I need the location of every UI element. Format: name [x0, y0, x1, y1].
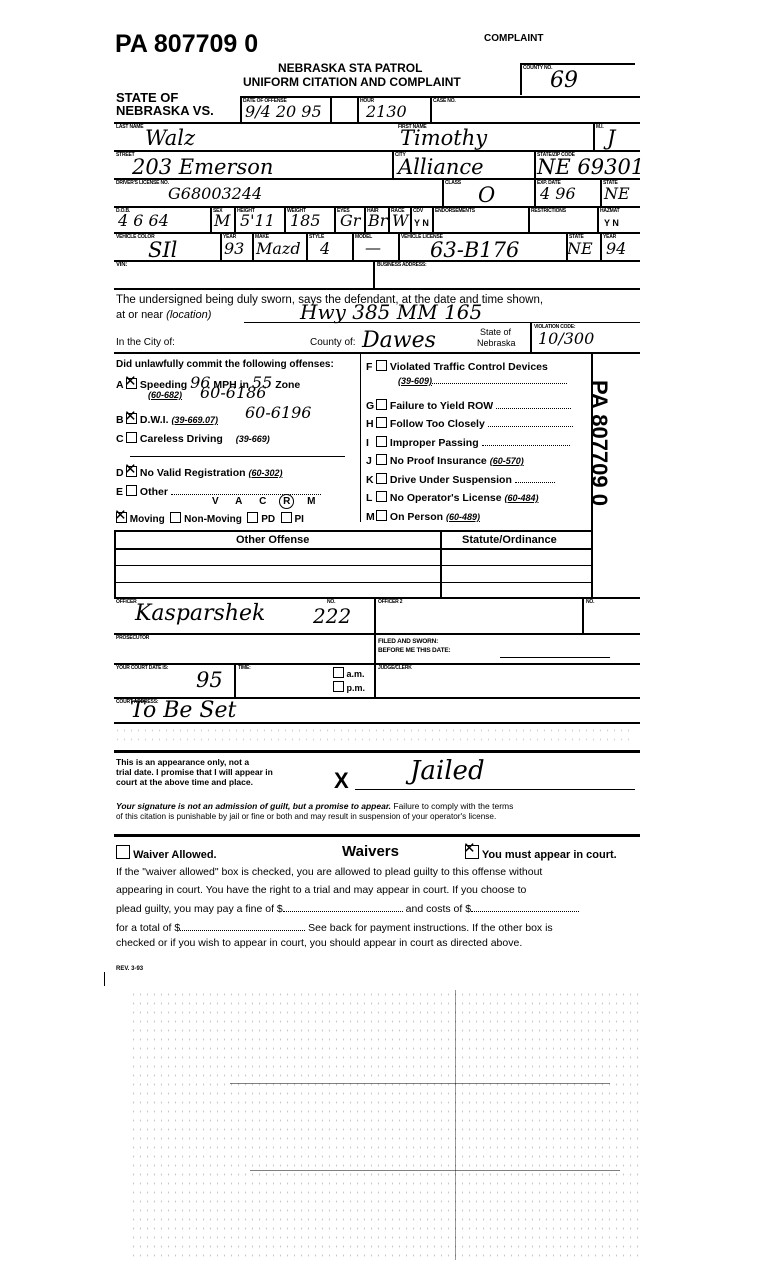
offense-g-checkbox[interactable] — [376, 399, 387, 410]
offense-j-checkbox[interactable] — [376, 454, 387, 465]
vacrm-m[interactable]: M — [307, 496, 315, 507]
offense-j-label: No Proof Insurance — [390, 455, 487, 467]
pd-checkbox[interactable] — [247, 512, 258, 523]
offense-f-letter: F — [366, 361, 376, 373]
exp-date-value[interactable]: 4 96 — [540, 186, 576, 202]
vehicle-license-value[interactable]: 63-B176 — [430, 240, 519, 261]
offense-l-label: No Operator's License — [390, 492, 502, 504]
vacrm-row: V A C R M — [212, 496, 315, 507]
offense-d-statute: (60-302) — [248, 468, 282, 478]
moving-checkbox[interactable] — [116, 512, 127, 523]
offense-c-label: Careless Driving — [140, 433, 223, 445]
offenses-heading: Did unlawfully commit the following offe… — [116, 359, 334, 370]
offense-j-statute: (60-570) — [490, 456, 524, 466]
appearance-line3: court at the above time and place. — [116, 777, 253, 787]
pm-checkbox[interactable] — [333, 681, 344, 692]
city-of-label: In the City of: — [116, 337, 175, 348]
filed-sworn-line2: BEFORE ME THIS DATE: — [378, 647, 450, 654]
dob-value[interactable]: 4 6 64 — [118, 213, 169, 229]
side-citation-number: PA 807709 0 — [586, 380, 612, 506]
waiver-para-line1: If the "waiver allowed" box is checked, … — [116, 866, 542, 878]
statute-header: Statute/Ordinance — [462, 534, 557, 546]
weight-value[interactable]: 185 — [290, 213, 321, 229]
offense-d[interactable]: D No Valid Registration (60-302) — [116, 466, 282, 479]
vehicle-color-value[interactable]: SIl — [148, 240, 177, 261]
offense-b-label: D.W.I. — [140, 414, 169, 426]
case-no-label: CASE NO. — [433, 98, 456, 104]
signature-x-mark: X — [334, 768, 349, 794]
offense-f-statute-text: (39-609) — [398, 376, 432, 386]
offense-m-letter: M — [366, 511, 376, 523]
offense-f-checkbox[interactable] — [376, 360, 387, 371]
waiver-allowed-checkbox[interactable] — [116, 845, 130, 859]
offense-k-label: Drive Under Suspension — [390, 474, 512, 486]
street-value[interactable]: 203 Emerson — [132, 157, 273, 178]
offense-category-row: Moving Non-Moving PD PI — [116, 512, 304, 525]
offense-c-checkbox[interactable] — [126, 432, 137, 443]
hour-value[interactable]: 2130 — [366, 104, 407, 120]
vacrm-r-circled[interactable]: R — [279, 494, 294, 509]
sex-value[interactable]: M — [214, 213, 230, 229]
offense-k-checkbox[interactable] — [376, 473, 387, 484]
notice-rest: Failure to comply with the terms — [391, 801, 513, 811]
date-of-offense-value[interactable]: 9/4 20 95 — [245, 104, 322, 120]
offense-b-checkbox[interactable] — [126, 413, 137, 424]
am-label: a.m. — [347, 669, 365, 679]
agency-line-1: NEBRASKA STA PATROL — [278, 61, 422, 75]
notice-line2: of this citation is punishable by jail o… — [116, 812, 496, 821]
offense-j-letter: J — [366, 455, 376, 467]
license-value[interactable]: G68003244 — [168, 186, 262, 202]
offense-m-statute: (60-489) — [446, 512, 480, 522]
waiver-allowed-label: Waiver Allowed. — [133, 849, 217, 861]
nebraska-label: Nebraska — [477, 338, 516, 348]
total-amount-field[interactable] — [180, 930, 305, 931]
waiver-allowed-option[interactable]: Waiver Allowed. — [116, 845, 217, 861]
offense-i-checkbox[interactable] — [376, 436, 387, 447]
vehicle-state-value[interactable]: NE — [567, 241, 593, 257]
mi-value[interactable]: J — [607, 128, 615, 149]
vehicle-year-value[interactable]: 93 — [224, 241, 244, 257]
state-of-label: State of — [480, 327, 511, 337]
appearance-line1: This is an appearance only, not a — [116, 757, 249, 767]
class-value[interactable]: O — [478, 185, 495, 206]
at-or-near-text: at or near — [116, 309, 163, 321]
offense-i-label: Improper Passing — [390, 437, 479, 449]
other-offense-header: Other Offense — [236, 534, 309, 546]
judge-clerk-label: JUDGE/CLERK — [378, 665, 412, 671]
am-checkbox[interactable] — [333, 667, 344, 678]
must-appear-option[interactable]: You must appear in court. — [465, 845, 617, 861]
waiver-para-line2: appearing in court. You have the right t… — [116, 884, 526, 896]
offense-e-label: Other — [140, 486, 168, 498]
offense-h-checkbox[interactable] — [376, 417, 387, 428]
county-no-value[interactable]: 69 — [550, 70, 578, 92]
pm-option[interactable]: p.m. — [333, 681, 365, 693]
offense-m-checkbox[interactable] — [376, 510, 387, 521]
revision-label: REV. 3-93 — [116, 966, 143, 972]
county-of-label: County of: — [310, 337, 356, 348]
waiver-para-line5: checked or if you wish to appear in cour… — [116, 937, 522, 949]
officer-label: OFFICER — [116, 599, 137, 605]
offense-a-zone-label: Zone — [275, 379, 300, 391]
pi-label: PI — [294, 514, 303, 525]
vehicle-model-value[interactable]: — — [365, 240, 381, 256]
offense-c-letter: C — [116, 433, 126, 445]
pm-label: p.m. — [347, 683, 366, 693]
offense-k-letter: K — [366, 474, 376, 486]
court-date-label: YOUR COURT DATE IS: — [116, 665, 168, 671]
offense-l-letter: L — [366, 492, 376, 504]
vin-label: VIN: — [116, 262, 127, 268]
officer2-label: OFFICER 2 — [378, 599, 402, 605]
state-zip-value[interactable]: NE 69301 — [537, 157, 644, 178]
hair-value[interactable]: Br — [368, 213, 387, 229]
offense-g[interactable]: G Failure to Yield ROW — [366, 399, 571, 412]
offense-a-statute: (60-682) — [148, 390, 182, 400]
offense-f[interactable]: F Violated Traffic Control Devices — [366, 360, 548, 373]
violation-code-value[interactable]: 10/300 — [538, 331, 594, 347]
officer-no[interactable]: 222 — [313, 606, 351, 626]
location-value[interactable]: Hwy 385 MM 165 — [300, 302, 482, 322]
offense-i-letter: I — [366, 437, 376, 449]
endorsements-label: ENDORSEMENTS — [435, 208, 475, 214]
citation-number: PA 807709 0 — [115, 30, 258, 59]
moving-label: Moving — [130, 514, 165, 525]
location-label: (location) — [166, 309, 211, 321]
license-label: DRIVER'S LICENSE NO. — [116, 180, 169, 186]
fine-label: plead guilty, you may pay a fine of $ — [116, 903, 283, 915]
offense-h-letter: H — [366, 418, 376, 430]
offense-m-label: On Person — [390, 511, 443, 523]
class-label: CLASS — [445, 180, 461, 186]
filed-sworn-line1: FILED AND SWORN: — [378, 638, 438, 645]
complaint-label: COMPLAINT — [484, 33, 543, 44]
offense-c[interactable]: C Careless Driving (39-669) — [116, 432, 270, 445]
defendant-signature[interactable]: Jailed — [410, 758, 485, 784]
non-moving-checkbox[interactable] — [170, 512, 181, 523]
offense-l[interactable]: L No Operator's License (60-484) — [366, 491, 539, 504]
waivers-heading: Waivers — [342, 843, 399, 860]
last-name-label: LAST NAME — [116, 124, 143, 130]
offense-f-statute: (39-609) — [398, 376, 567, 386]
offense-m[interactable]: M On Person (60-489) — [366, 510, 480, 523]
waiver-para-line3: plead guilty, you may pay a fine of $ an… — [116, 903, 579, 915]
race-value[interactable]: W — [392, 213, 408, 229]
offense-g-letter: G — [366, 400, 376, 412]
hazmat-label: HAZMAT — [600, 208, 620, 214]
offense-a-checkbox[interactable] — [126, 378, 137, 389]
offense-a-statute-text: (60-682) — [148, 390, 182, 400]
time-label: TIME: — [238, 665, 251, 671]
am-option[interactable]: a.m. — [333, 667, 365, 679]
agency-line-2: UNIFORM CITATION AND COMPLAINT — [243, 75, 461, 89]
first-name-value[interactable]: Timothy — [400, 128, 487, 149]
eyes-value[interactable]: Gr — [340, 213, 360, 229]
payment-instructions-text: See back for payment instructions. If th… — [308, 922, 553, 934]
license-state-value[interactable]: NE — [604, 186, 630, 202]
offense-b-statute: (39-669.07) — [171, 415, 218, 425]
city-value[interactable]: Alliance — [398, 157, 484, 178]
appearance-line2: trial date. I promise that I will appear… — [116, 767, 273, 777]
non-moving-label: Non-Moving — [184, 514, 242, 525]
costs-label: and costs of $ — [406, 903, 471, 915]
county-value[interactable]: Dawes — [362, 330, 436, 352]
cdv-value[interactable]: Y N — [414, 218, 429, 228]
notice-italic: Your signature is not an admission of gu… — [116, 801, 391, 811]
offense-l-statute: (60-484) — [504, 493, 538, 503]
fine-amount-field[interactable] — [283, 911, 403, 912]
offense-d-label: No Valid Registration — [140, 467, 246, 479]
height-value[interactable]: 5'11 — [240, 213, 275, 229]
offense-k[interactable]: K Drive Under Suspension — [366, 473, 555, 486]
offense-h[interactable]: H Follow Too Closely — [366, 417, 573, 430]
vacrm-v[interactable]: V — [212, 496, 219, 507]
vacrm-a[interactable]: A — [235, 496, 242, 507]
restrictions-label: RESTRICTIONS — [531, 208, 566, 214]
cdv-label: CDV — [413, 208, 423, 214]
county-no-label: COUNTY NO. — [523, 65, 552, 71]
offense-b[interactable]: B D.W.I. (39-669.07) — [116, 413, 218, 426]
prosecutor-label: PROSECUTOR — [116, 635, 149, 641]
costs-amount-field[interactable] — [471, 911, 579, 912]
pi-checkbox[interactable] — [281, 512, 292, 523]
pd-label: PD — [261, 514, 275, 525]
offense-i[interactable]: I Improper Passing — [366, 436, 570, 449]
offense-h-label: Follow Too Closely — [390, 418, 485, 430]
offense-b-handwritten[interactable]: 60-6196 — [245, 405, 311, 421]
court-address-value[interactable]: To Be Set — [130, 700, 236, 722]
total-label: for a total of $ — [116, 922, 180, 934]
offense-d-checkbox[interactable] — [126, 466, 137, 477]
must-appear-checkbox[interactable] — [465, 845, 479, 859]
must-appear-label: You must appear in court. — [482, 849, 617, 861]
plate-year-value[interactable]: 94 — [606, 241, 626, 257]
vacrm-c[interactable]: C — [259, 496, 266, 507]
offense-j[interactable]: J No Proof Insurance (60-570) — [366, 454, 524, 467]
vehicle-style-value[interactable]: 4 — [320, 241, 330, 257]
mi-label: M.I. — [596, 124, 604, 130]
waiver-para-line4: for a total of $ See back for payment in… — [116, 922, 553, 934]
offense-f-label: Violated Traffic Control Devices — [390, 361, 548, 373]
offense-e-checkbox[interactable] — [126, 485, 137, 496]
vehicle-make-value[interactable]: Mazd — [256, 241, 301, 257]
last-name-value[interactable]: Walz — [145, 128, 195, 149]
offense-l-checkbox[interactable] — [376, 491, 387, 502]
offense-e-letter: E — [116, 486, 126, 498]
offense-g-label: Failure to Yield ROW — [390, 400, 493, 412]
court-date-value[interactable]: 95 — [196, 670, 223, 691]
offense-a-handwritten[interactable]: 60-6186 — [200, 385, 266, 401]
officer-name[interactable]: Kasparshek — [135, 603, 265, 625]
hazmat-value[interactable]: Y N — [604, 218, 619, 228]
officer2-no-label: NO. — [586, 599, 594, 605]
notice-line1: Your signature is not an admission of gu… — [116, 801, 513, 811]
offense-c-statute: (39-669) — [236, 434, 270, 444]
business-address-label: BUSINESS ADDRESS: — [377, 262, 426, 268]
at-or-near-label: at or near (location) — [116, 309, 211, 321]
state-vs-2: NEBRASKA VS. — [116, 104, 214, 117]
